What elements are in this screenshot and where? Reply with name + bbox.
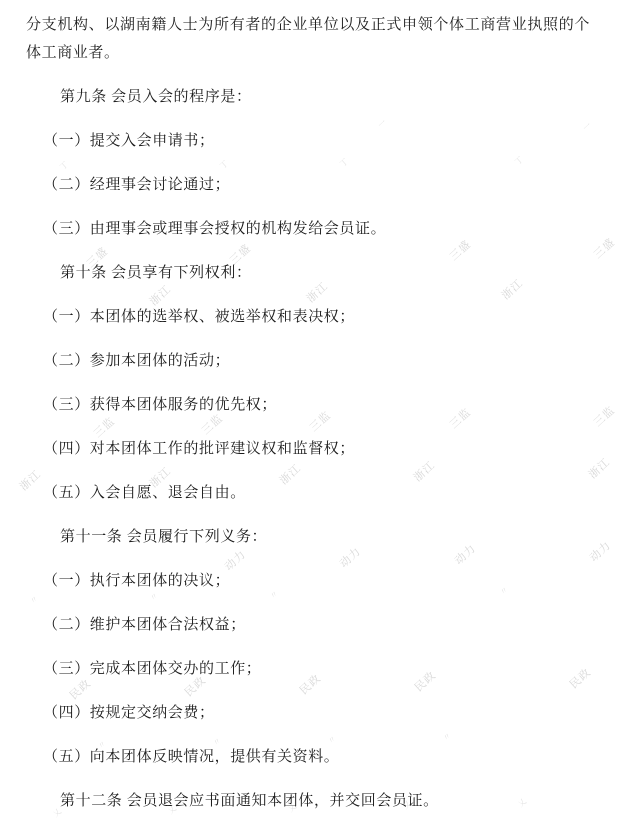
document-paragraph: （二）维护本团体合法权益； xyxy=(26,611,590,639)
document-page: 一一丁丁丁丁三盛三盛三盛三盛浙江浙江浙江三监三监三监三监三监浙江浙江浙江浙江浙江… xyxy=(0,0,618,823)
article-heading-paragraph: 第九条 会员入会的程序是： xyxy=(26,83,590,111)
document-paragraph: （五）向本团体反映情况，提供有关资料。 xyxy=(26,743,590,771)
document-paragraph: （五）入会自愿、退会自由。 xyxy=(26,479,590,507)
document-paragraph: （四）对本团体工作的批评建议权和监督权； xyxy=(26,435,590,463)
document-paragraph: （二）参加本团体的活动； xyxy=(26,347,590,375)
document-text: 分支机构、以湖南籍人士为所有者的企业单位以及正式申领个体工商营业执照的个体工商业… xyxy=(26,11,590,823)
article-heading-paragraph: 第十二条 会员退会应书面通知本团体，并交回会员证。 xyxy=(26,787,590,815)
watermark-fragment: 三监 xyxy=(590,402,618,430)
watermark-fragment: 动力 xyxy=(586,537,615,565)
article-heading-paragraph: 第十一条 会员履行下列义务： xyxy=(26,523,590,551)
document-paragraph: （三）由理事会或理事会授权的机构发给会员证。 xyxy=(26,215,590,243)
document-paragraph: （四）按规定交纳会费； xyxy=(26,699,590,727)
document-paragraph: （三）完成本团体交办的工作； xyxy=(26,655,590,683)
document-paragraph: （一）提交入会申请书； xyxy=(26,127,590,155)
document-paragraph: （三）获得本团体服务的优先权； xyxy=(26,391,590,419)
document-paragraph: 分支机构、以湖南籍人士为所有者的企业单位以及正式申领个体工商营业执照的个体工商业… xyxy=(26,11,590,67)
document-paragraph: （二）经理事会讨论通过； xyxy=(26,171,590,199)
document-paragraph: （一）执行本团体的决议； xyxy=(26,567,590,595)
document-paragraph: （一）本团体的选举权、被选举权和表决权； xyxy=(26,303,590,331)
article-heading-paragraph: 第十条 会员享有下列权利： xyxy=(26,259,590,287)
watermark-fragment: 三盛 xyxy=(590,234,618,262)
